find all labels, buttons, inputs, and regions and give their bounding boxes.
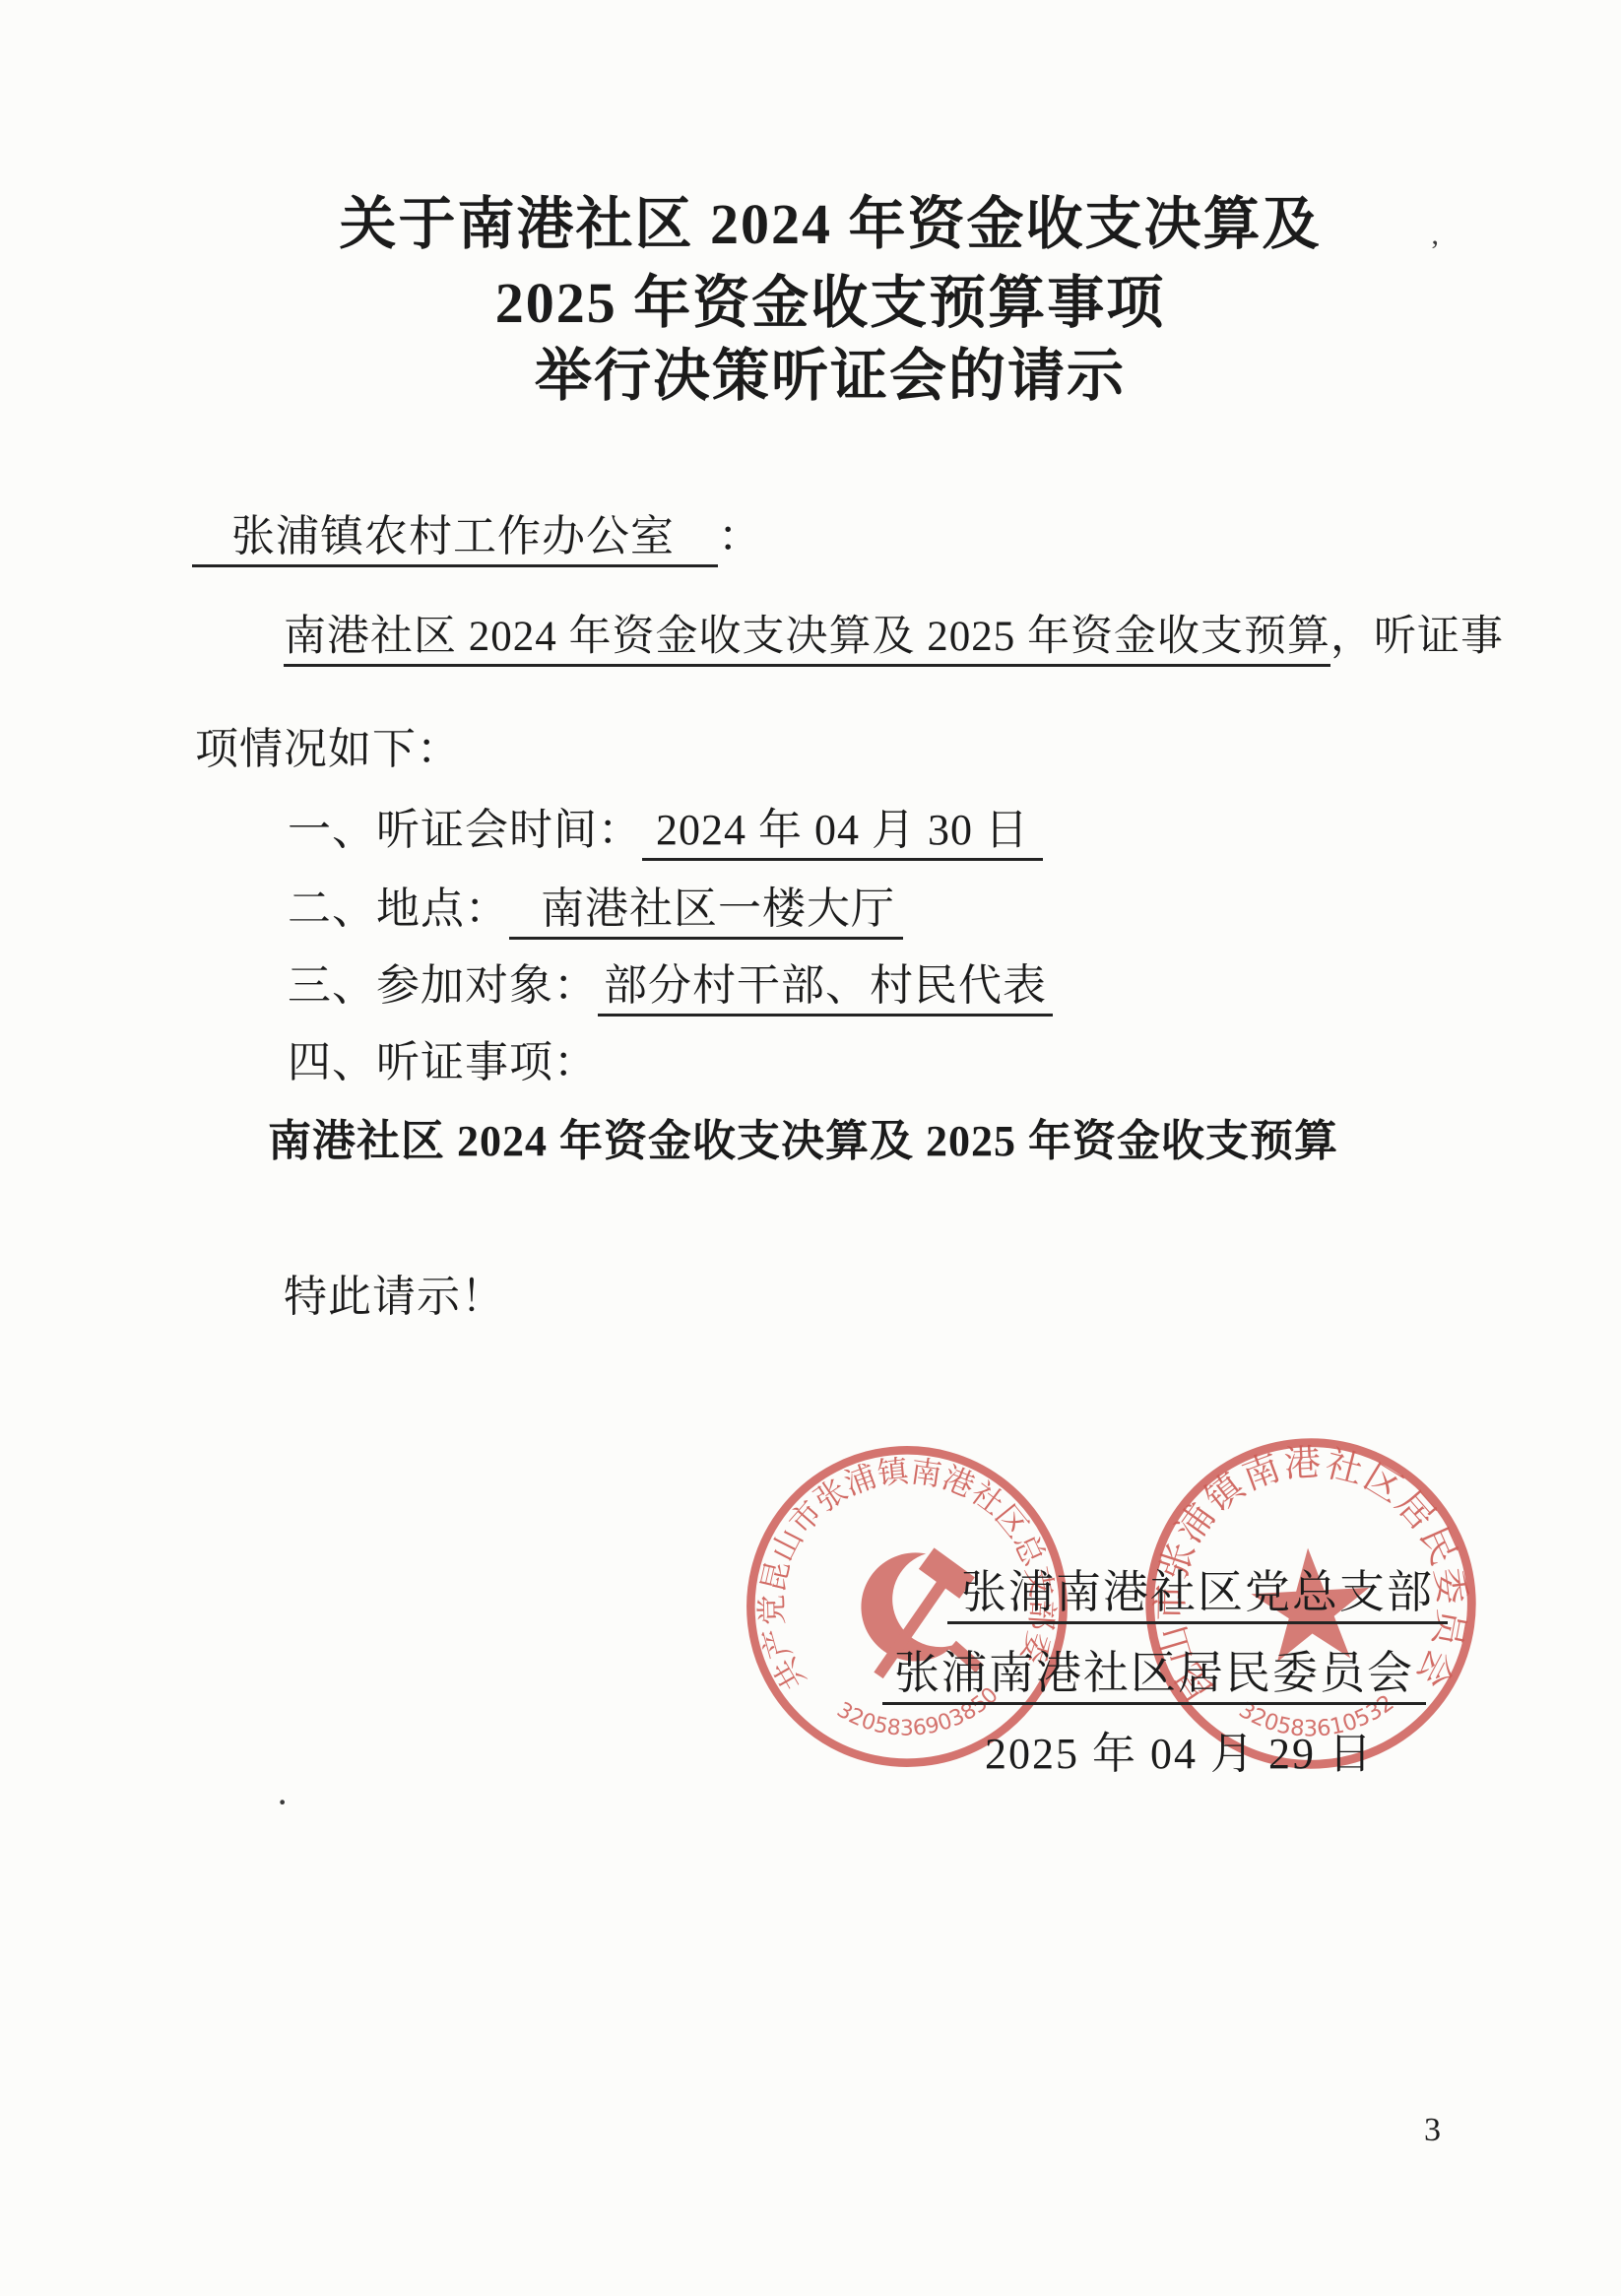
item-value: 2024 年 04 月 30 日 (642, 806, 1043, 861)
document-title-line-2: 2025 年资金收支预算事项 (0, 256, 1621, 339)
scan-artifact-mark: ’ (1430, 234, 1440, 268)
signature-date: 2025 年 04 月 29 日 (985, 1718, 1374, 1781)
addressee-name: 张浦镇农村工作办公室 (192, 512, 718, 567)
body-paragraph-line-1: 南港社区 2024 年资金收支决算及 2025 年资金收支预算，听证事 (284, 603, 1504, 663)
closing-line: 特此请示！ (284, 1261, 505, 1324)
document-page: 关于南港社区 2024 年资金收支决算及 2025 年资金收支预算事项 举行决策… (0, 0, 1621, 2296)
list-item-subject: 四、听证事项： (288, 1026, 598, 1089)
list-item-place: 二、地点：南港社区一楼大厅 (288, 873, 903, 936)
signature-line-committee: 张浦南港社区居民委员会 (882, 1637, 1426, 1702)
hearing-subject-line: 南港社区 2024 年资金收支决算及 2025 年资金收支预算 (268, 1105, 1338, 1168)
item-label: 四、听证事项： (288, 1038, 598, 1086)
list-item-participants: 三、参加对象：部分村干部、村民代表 (288, 950, 1053, 1013)
paragraph-underlined-text: 南港社区 2024 年资金收支决算及 2025 年资金收支预算 (284, 614, 1330, 667)
addressee-line: 张浦镇农村工作办公室： (192, 500, 762, 563)
addressee-colon: ： (718, 512, 762, 560)
item-label: 三、参加对象： (288, 961, 598, 1010)
signature-party-text: 张浦南港社区党总支部 (947, 1567, 1448, 1624)
signature-line-party: 张浦南港社区党总支部 (947, 1556, 1448, 1621)
item-label: 二、地点： (288, 885, 509, 933)
document-title-line-3: 举行决策听证会的请示 (0, 329, 1621, 412)
list-item-time: 一、听证会时间：2024 年 04 月 30 日 (288, 794, 1043, 857)
signature-committee-text: 张浦南港社区居民委员会 (882, 1648, 1426, 1705)
body-paragraph-line-2: 项情况如下： (195, 713, 461, 776)
item-label: 一、听证会时间： (288, 806, 642, 854)
document-title-line-1: 关于南港社区 2024 年资金收支决算及 (0, 177, 1621, 260)
item-value: 南港社区一楼大厅 (509, 885, 903, 940)
scan-artifact-dot: · (276, 1779, 289, 1825)
page-number: 3 (1424, 2112, 1441, 2149)
item-value: 部分村干部、村民代表 (598, 961, 1053, 1017)
paragraph-trailing-text: ，听证事 (1330, 614, 1504, 660)
